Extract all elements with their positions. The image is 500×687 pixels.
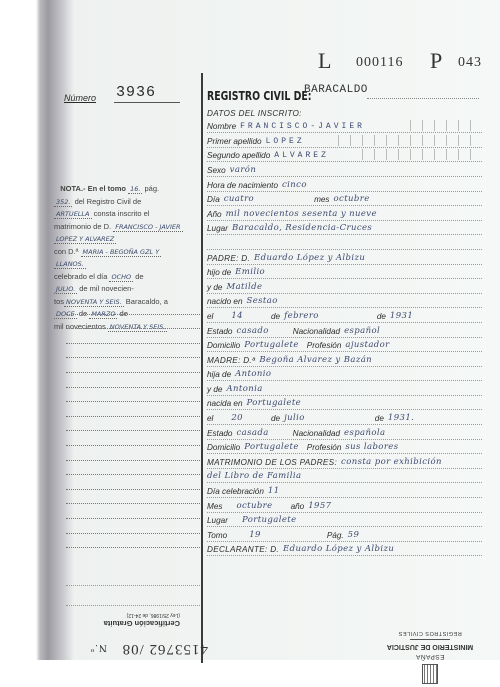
field-matrimonio-cont: del Libro de Familia	[207, 469, 482, 484]
book-page-codes: L 000116 P 043	[318, 50, 498, 72]
serial-value: 4153762 /08	[122, 641, 208, 657]
nombre-value: FRANCISCO-JAVIER	[240, 122, 365, 131]
field-madre-y-de: y de Antonia	[207, 381, 482, 396]
numero-label: Número	[64, 93, 96, 103]
madre-hija-de: Antonio	[235, 369, 271, 379]
anio-celebracion: 1957	[308, 501, 331, 511]
madre-hija-de-label: hija de	[207, 370, 231, 379]
madre-profesion: sus labores	[345, 442, 398, 452]
padre-profesion-label: Profesión	[307, 341, 342, 350]
mes-celebracion: octubre	[236, 501, 272, 511]
nota-mes: JULIO.	[54, 285, 77, 294]
registry-title-row: REGISTRO CIVIL DE: BARACALDO	[207, 84, 482, 104]
nota-pag-label: pág.	[145, 184, 160, 193]
padre-mes: febrero	[284, 311, 319, 321]
registry-number: Número 3936	[64, 86, 204, 108]
nota-contrayente-f2: LLANOS.	[54, 260, 86, 269]
field-lugar: Lugar Baracaldo, Residencia-Cruces	[207, 221, 482, 236]
madre-nacionalidad: española	[344, 428, 385, 438]
coat-of-arms-icon	[422, 664, 438, 684]
madre-de2-label: de	[375, 414, 384, 423]
field-padre-nacido: nacido en Sestao	[207, 294, 482, 309]
field-sexo: Sexo varón	[207, 162, 482, 177]
padre-anio: 1931	[390, 311, 413, 321]
field-hora: Hora de nacimiento cinco	[207, 177, 482, 192]
padre-estado: casado	[237, 326, 269, 336]
madre-dia: 20	[231, 413, 243, 423]
matrimonio-value-2: del Libro de Familia	[207, 471, 301, 481]
certificacion-label: Certificación Gratuita	[60, 619, 180, 628]
nota-anio-text: de mil novecien-	[79, 284, 134, 293]
field-madre-domicilio: Domicilio Portugalete Profesión sus labo…	[207, 440, 482, 455]
madre-estado-label: Estado	[207, 429, 233, 438]
section-inscrito-label: DATOS DEL INSCRITO:	[207, 109, 302, 118]
dia-celebracion: 11	[268, 486, 280, 496]
padre-label: PADRE: D.	[207, 254, 250, 263]
pag-label: Pág.	[327, 531, 344, 540]
lugar-value: Baracaldo, Residencia-Cruces	[232, 223, 372, 233]
field-padre-y-de: y de Matilde	[207, 279, 482, 294]
matrimonio-value-1: consta por exhibición	[341, 457, 442, 467]
padre-hijo-de-label: hijo de	[207, 268, 231, 277]
nota-pag: 352.	[54, 198, 72, 207]
serial-number: 4153762 /08 N.º	[58, 639, 208, 657]
nota-consta-text: consta inscrito el	[94, 209, 150, 218]
libro-label: L	[318, 48, 331, 74]
serial-prefix: N.º	[90, 642, 107, 654]
nota-dia: OCHO	[109, 273, 133, 282]
nota-tos-text: tos	[54, 297, 64, 306]
pag-value: 59	[348, 530, 360, 540]
dia-celebracion-label: Día celebración	[207, 487, 264, 496]
numero-underline	[114, 102, 180, 103]
segundo-apellido-label: Segundo apellido	[207, 151, 270, 160]
anio-value: mil novecientos sesenta y nueve	[226, 209, 377, 219]
madre-nombre: Begoña Alvarez y Bazán	[259, 355, 372, 365]
mes-celebracion-label: Mes	[207, 502, 222, 511]
lugar-celebracion: Portugalete	[242, 515, 297, 525]
madre-de-label: de	[271, 414, 280, 423]
madre-domicilio: Portugalete	[244, 442, 299, 452]
nota-contrayente-f: MARIA - BEGOÑA GZL Y	[81, 248, 162, 257]
padre-el-label: el	[207, 312, 213, 321]
registry-city: BARACALDO	[304, 84, 368, 96]
primer-apellido-label: Primer apellido	[207, 137, 262, 146]
field-padre-estado: Estado casado Nacionalidad español	[207, 323, 482, 338]
madre-nacida-label: nacida en	[207, 399, 243, 408]
padre-de2-label: de	[377, 312, 386, 321]
field-anio: Año mil novecientos sesenta y nueve	[207, 206, 482, 221]
ministerio-label: MINISTERIO DE JUSTICIA	[360, 643, 500, 650]
numero-value: 3936	[116, 84, 156, 101]
padre-nacionalidad-label: Nacionalidad	[293, 327, 340, 336]
madre-label: MADRE: D.ª	[207, 356, 255, 365]
hora-label: Hora de nacimiento	[207, 181, 278, 190]
section-inscrito: DATOS DEL INSCRITO:	[207, 104, 482, 119]
certificacion-gratuita: Certificación Gratuita (Ley 25/1986, de …	[60, 604, 180, 628]
registry-title: REGISTRO CIVIL DE:	[207, 89, 312, 103]
madre-el-label: el	[207, 414, 213, 423]
ministry-stamp: ESPAÑA MINISTERIO DE JUSTICIA REGISTROS …	[360, 610, 500, 686]
field-dia-mes: Día cuatro mes octubre	[207, 192, 482, 207]
nota-registro: ARTUELLA	[54, 210, 92, 219]
madre-y-de-label: y de	[207, 385, 222, 394]
declarante-nombre: Eduardo López y Albizu	[283, 544, 394, 554]
madre-y-de: Antonia	[226, 384, 262, 394]
column-divider	[201, 73, 203, 663]
field-madre-hija-de: hija de Antonio	[207, 367, 482, 382]
sexo-value: varón	[230, 165, 257, 175]
sexo-label: Sexo	[207, 166, 226, 175]
nota-contrayente: FRANCISCO - JAVIER	[113, 223, 182, 232]
dia-value: cuatro	[224, 194, 254, 204]
field-padre-domicilio: Domicilio Portugalete Profesión ajustado…	[207, 338, 482, 353]
field-padre-hijo-de: hijo de Emilio	[207, 265, 482, 280]
field-declarante: DECLARANTE: D. Eduardo López y Albizu	[207, 542, 482, 557]
nota-tomo: 16.	[128, 185, 142, 194]
madre-profesion-label: Profesión	[307, 443, 342, 452]
field-primer-apellido: Primer apellido LOPEZ	[207, 133, 482, 148]
pagina-label: P	[430, 48, 442, 74]
padre-estado-label: Estado	[207, 327, 233, 336]
hora-value: cinco	[282, 180, 307, 190]
nombre-label: Nombre	[207, 122, 236, 131]
padre-profesion: ajustador	[345, 340, 389, 350]
madre-nacionalidad-label: Nacionalidad	[293, 429, 340, 438]
madre-anio: 1931.	[388, 413, 414, 423]
padre-domicilio: Portugalete	[244, 340, 299, 350]
tomo-value: 19	[249, 530, 261, 540]
mes-value: octubre	[334, 194, 370, 204]
field-tomo-pag: Tomo 19 Pág. 59	[207, 527, 482, 542]
left-blank-lines	[66, 300, 200, 548]
field-madre-estado: Estado casada Nacionalidad española	[207, 425, 482, 440]
field-matrimonio: MATRIMONIO DE LOS PADRES: consta por exh…	[207, 454, 482, 469]
blank-line	[207, 235, 482, 250]
madre-estado: casada	[237, 428, 269, 438]
registros-civiles-label: REGISTROS CIVILES	[360, 630, 500, 636]
bottom-left-lines	[66, 566, 200, 606]
lugar-celebracion-label: Lugar	[207, 516, 228, 525]
field-madre: MADRE: D.ª Begoña Alvarez y Bazán	[207, 352, 482, 367]
field-lugar-celebracion: Lugar Portugalete	[207, 513, 482, 528]
declarante-label: DECLARANTE: D.	[207, 545, 279, 554]
nota-lead: NOTA.- En el tomo	[60, 184, 126, 193]
padre-nacionalidad: español	[344, 326, 380, 336]
nota-celebrado-text: celebrado el día	[54, 272, 107, 281]
anio-celebracion-label: año	[291, 502, 305, 511]
matrimonio-label: MATRIMONIO DE LOS PADRES:	[207, 458, 337, 467]
padre-y-de: Matilde	[226, 282, 262, 292]
espana-label: ESPAÑA	[360, 653, 500, 660]
registry-form: REGISTRO CIVIL DE: BARACALDO DATOS DEL I…	[207, 84, 482, 556]
lugar-label: Lugar	[207, 224, 228, 233]
ley-label: (Ley 25/1986, de 24-12)	[60, 612, 180, 618]
tomo-label: Tomo	[207, 531, 227, 540]
segundo-apellido-value: ALVAREZ	[274, 151, 329, 160]
field-padre: PADRE: D. Eduardo López y Albizu	[207, 250, 482, 265]
nota-de-text: de	[135, 272, 143, 281]
padre-y-de-label: y de	[207, 283, 222, 292]
field-segundo-apellido: Segundo apellido ALVAREZ	[207, 148, 482, 163]
field-mes-anio-celebracion: Mes octubre año 1957	[207, 498, 482, 513]
padre-nacido-label: nacido en	[207, 297, 243, 306]
nota-con-text: con D.ª	[54, 247, 78, 256]
madre-domicilio-label: Domicilio	[207, 443, 240, 452]
madre-mes: julio	[284, 413, 305, 423]
field-dia-celebracion: Día celebración 11	[207, 483, 482, 498]
padre-nacido: Sestao	[247, 296, 278, 306]
dia-label: Día	[207, 195, 220, 204]
padre-nombre: Eduardo López y Albizu	[254, 253, 365, 263]
field-madre-nacida: nacida en Portugalete	[207, 396, 482, 411]
padre-dia: 14	[231, 311, 243, 321]
nota-contrayente2: LOPEZ Y ALVAREZ	[54, 235, 116, 244]
nota-registro-text: del Registro Civil de	[75, 197, 142, 206]
nota-matrimonio-text: matrimonio de D.	[54, 222, 111, 231]
libro-value: 000116	[356, 55, 403, 71]
field-padre-fecha: el 14 de febrero de 1931	[207, 308, 482, 323]
mes-label: mes	[314, 195, 329, 204]
anio-label: Año	[207, 210, 222, 219]
primer-apellido-value: LOPEZ	[266, 137, 305, 146]
madre-nacida: Portugalete	[247, 398, 302, 408]
padre-hijo-de: Emilio	[235, 267, 265, 277]
padre-domicilio-label: Domicilio	[207, 341, 240, 350]
field-madre-fecha: el 20 de julio de 1931.	[207, 410, 482, 425]
field-nombre: Nombre FRANCISCO-JAVIER	[207, 119, 482, 134]
pagina-value: 043	[458, 55, 482, 71]
padre-de-label: de	[271, 312, 280, 321]
